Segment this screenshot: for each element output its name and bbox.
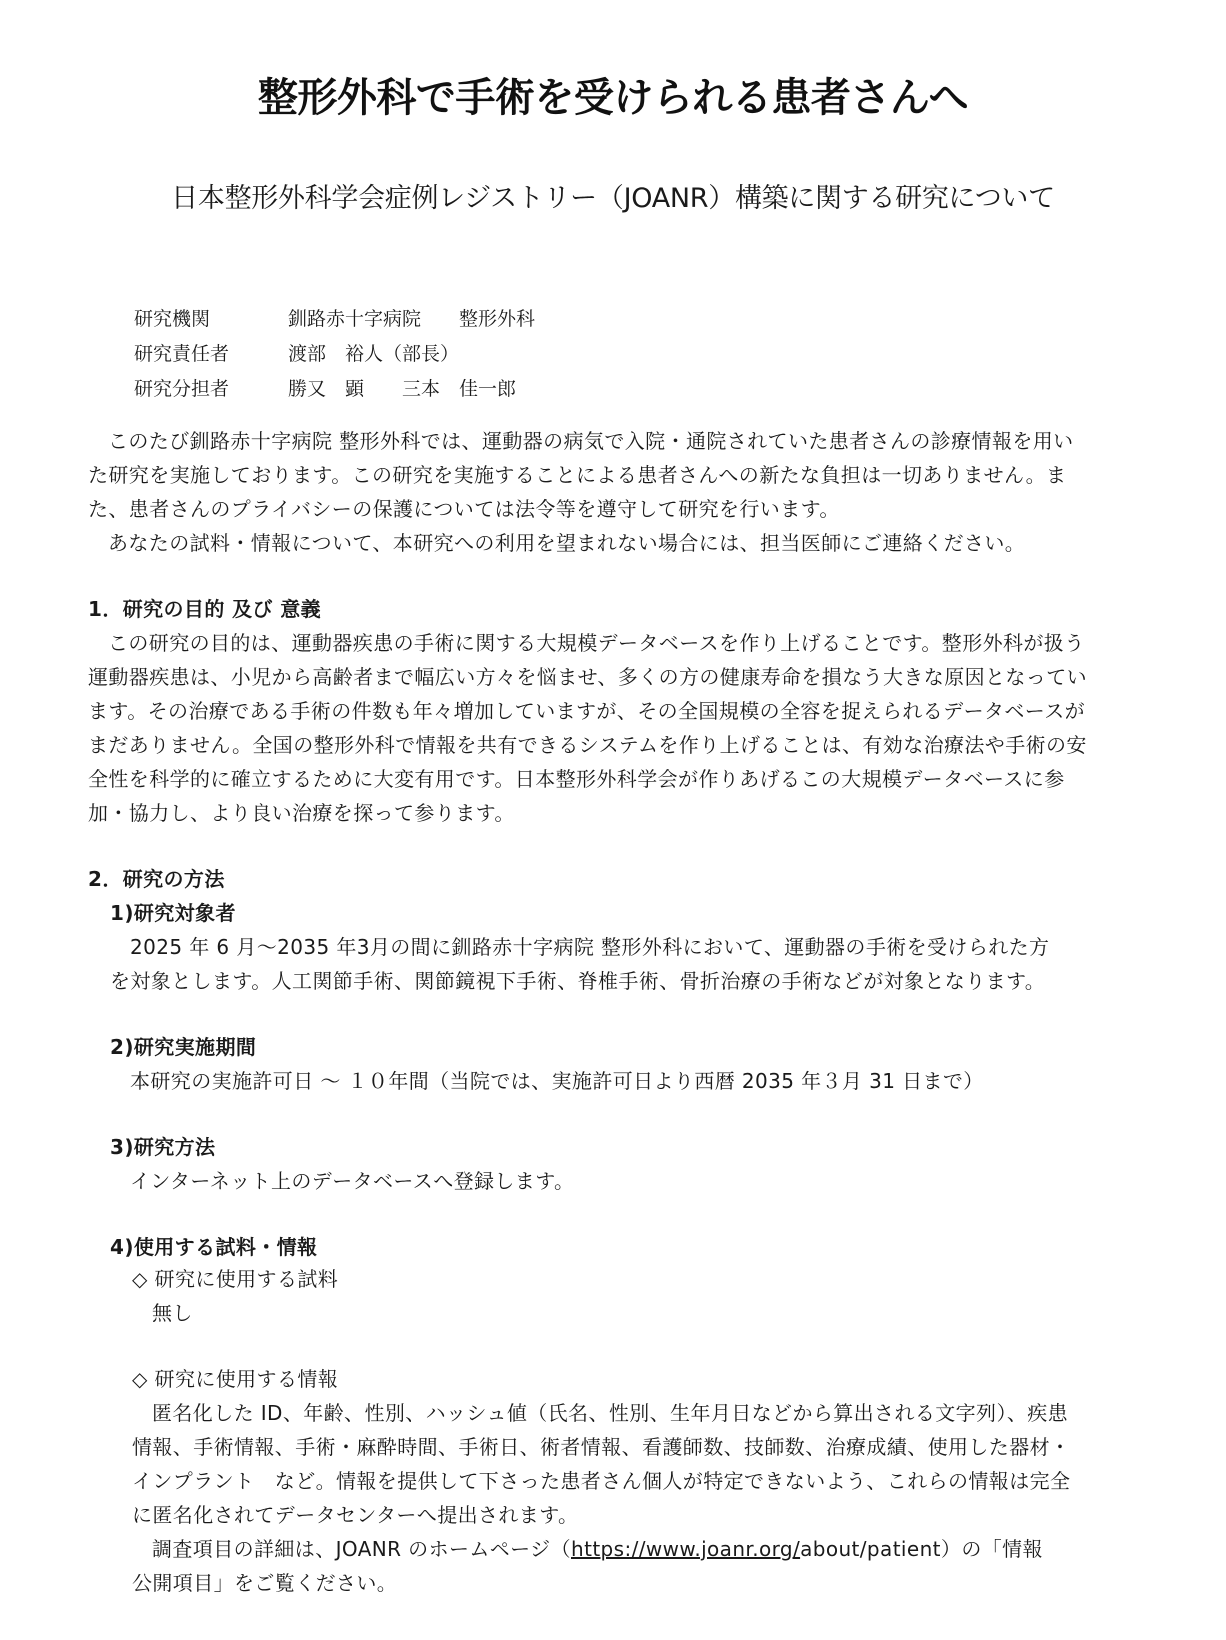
section1-line: ます。その治療である手術の件数も年々増加していますが、その全国規模の全容を捉えら… (88, 694, 1085, 728)
section1-line: まだありません。全国の整形外科で情報を共有できるシステムを作り上げることは、有効… (88, 728, 1087, 762)
info-used-line: に匿名化されてデータセンターへ提出されます。 (132, 1498, 578, 1532)
info-row-co-investigators: 研究分担者勝又 顕 三本 佳一郎 (134, 372, 535, 407)
info-label: 研究機関 (134, 302, 288, 337)
research-info-block: 研究機関釧路赤十字病院 整形外科 研究責任者渡部 裕人（部長） 研究分担者勝又 … (134, 302, 535, 407)
info-used-line: インプラント など。情報を提供して下さった患者さん個人が特定できないよう、これら… (132, 1464, 1070, 1498)
details-suffix: ）の「情報 (941, 1537, 1043, 1561)
section1-line: 加・協力し、より良い治療を探って参ります。 (88, 796, 515, 830)
info-value: 釧路赤十字病院 整形外科 (288, 308, 535, 330)
details-prefix: 調査項目の詳細は、JOANR のホームページ（ (152, 1537, 571, 1561)
diamond-bullet-icon: ◇ (132, 1367, 148, 1391)
info-used-heading-text: 研究に使用する情報 (155, 1367, 339, 1391)
intro-line: た研究を実施しております。この研究を実施することによる患者さんへの新たな負担は一… (88, 458, 1066, 492)
document-page: 整形外科で手術を受けられる患者さんへ 日本整形外科学会症例レジストリー（JOAN… (0, 0, 1226, 1640)
samples-value: 無し (152, 1296, 193, 1330)
intro-line: た、患者さんのプライバシーの保護については法令等を遵守して研究を行います。 (88, 492, 840, 526)
section-heading-methods: 2．研究の方法 (88, 862, 225, 896)
info-used-heading: ◇ 研究に使用する情報 (132, 1362, 338, 1396)
subsection-heading-materials: 4)使用する試料・情報 (110, 1230, 317, 1264)
section-heading-purpose: 1．研究の目的 及び 意義 (88, 592, 321, 626)
info-label: 研究分担者 (134, 372, 288, 407)
samples-heading-text: 研究に使用する試料 (155, 1267, 339, 1291)
subjects-line: 2025 年 6 月～2035 年3月の間に釧路赤十字病院 整形外科において、運… (130, 930, 1049, 964)
joanr-homepage-link[interactable]: https://www.joanr.org/ (571, 1537, 800, 1561)
samples-heading: ◇ 研究に使用する試料 (132, 1262, 338, 1296)
method-line: インターネット上のデータベースへ登録します。 (130, 1164, 574, 1198)
intro-line: あなたの試料・情報について、本研究への利用を望まれない場合には、担当医師にご連絡… (108, 526, 1025, 560)
subsection-heading-method: 3)研究方法 (110, 1130, 215, 1164)
diamond-bullet-icon: ◇ (132, 1267, 148, 1291)
details-line: 調査項目の詳細は、JOANR のホームページ（https://www.joanr… (152, 1532, 1043, 1566)
info-value: 渡部 裕人（部長） (288, 343, 459, 365)
section1-line: この研究の目的は、運動器疾患の手術に関する大規模データベースを作り上げることです… (108, 626, 1085, 660)
info-label: 研究責任者 (134, 337, 288, 372)
info-row-institution: 研究機関釧路赤十字病院 整形外科 (134, 302, 535, 337)
details-link-rest: about/patient (800, 1537, 941, 1561)
subjects-line: を対象とします。人工関節手術、関節鏡視下手術、脊椎手術、骨折治療の手術などが対象… (110, 964, 1045, 998)
document-subtitle: 日本整形外科学会症例レジストリー（JOANR）構築に関する研究について (0, 176, 1226, 215)
info-used-line: 情報、手術情報、手術・麻酔時間、手術日、術者情報、看護師数、技師数、治療成績、使… (132, 1430, 1070, 1464)
subsection-heading-period: 2)研究実施期間 (110, 1030, 256, 1064)
period-line: 本研究の実施許可日 ～ １０年間（当院では、実施許可日より西暦 2035 年３月… (130, 1064, 984, 1098)
details-line-2: 公開項目」をご覧ください。 (132, 1566, 397, 1600)
intro-line: このたび釧路赤十字病院 整形外科では、運動器の病気で入院・通院されていた患者さん… (108, 424, 1074, 458)
document-title: 整形外科で手術を受けられる患者さんへ (0, 66, 1226, 123)
info-row-principal-investigator: 研究責任者渡部 裕人（部長） (134, 337, 535, 372)
subsection-heading-subjects: 1)研究対象者 (110, 896, 236, 930)
section1-line: 運動器疾患は、小児から高齢者まで幅広い方々を悩ませ、多くの方の健康寿命を損なう大… (88, 660, 1087, 694)
section1-line: 全性を科学的に確立するために大変有用です。日本整形外科学会が作りあげるこの大規模… (88, 762, 1065, 796)
info-used-line: 匿名化した ID、年齢、性別、ハッシュ値（氏名、性別、生年月日などから算出される… (152, 1396, 1068, 1430)
info-value: 勝又 顕 三本 佳一郎 (288, 378, 516, 400)
